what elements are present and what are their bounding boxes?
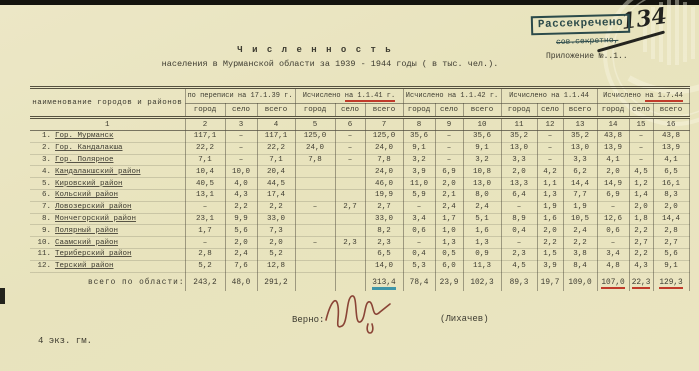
value-cell: 0,4 [403, 248, 435, 260]
table-row: 5.Кировский район40,54,044,546,011,02,01… [30, 178, 689, 190]
row-name-cell: 11.Териберский район [30, 248, 185, 260]
value-cell [295, 178, 335, 190]
value-cell: 7,7 [563, 189, 597, 201]
totals-cell: 243,2 [185, 272, 225, 291]
value-cell: 1,3 [537, 189, 563, 201]
table-row: 6.Кольский район13,14,317,419,95,92,18,0… [30, 189, 689, 201]
row-name-cell: 7.Ловозерский район [30, 201, 185, 213]
value-cell: 1,3 [463, 237, 501, 249]
value-cell: 24,0 [365, 142, 403, 154]
value-cell: – [295, 201, 335, 213]
table-row: 9.Полярный район1,75,67,38,20,61,01,60,4… [30, 225, 689, 237]
column-subheader: город [295, 104, 335, 118]
value-cell: 2,3 [335, 237, 365, 249]
value-cell: 8,9 [501, 213, 537, 225]
row-name-cell: 12.Терский район [30, 260, 185, 272]
column-number: 10 [463, 118, 501, 131]
column-number: 14 [597, 118, 629, 131]
value-cell: 6,2 [563, 166, 597, 178]
column-number: 4 [257, 118, 295, 131]
value-cell: 5,3 [403, 260, 435, 272]
totals-cell: 78,4 [403, 272, 435, 291]
value-cell: 11,3 [463, 260, 501, 272]
column-group-header: по переписи на 17.1.39 г. [185, 88, 295, 104]
value-cell: – [629, 154, 653, 166]
value-cell: 2,3 [365, 237, 403, 249]
value-cell: 10,4 [185, 166, 225, 178]
value-cell: 2,0 [501, 166, 537, 178]
value-cell [335, 225, 365, 237]
row-name-cell: 3.Гор. Полярное [30, 154, 185, 166]
value-cell: 43,8 [597, 131, 629, 143]
value-cell: 3,3 [563, 154, 597, 166]
scan-edge-mark [0, 288, 5, 304]
table-row: 10.Саамский район–2,02,0–2,32,3–1,31,3–2… [30, 237, 689, 249]
value-cell: 7,6 [225, 260, 257, 272]
value-cell: 2,0 [653, 201, 689, 213]
value-cell: 8,3 [653, 189, 689, 201]
table-row: 12.Терский район5,27,612,814,05,36,011,3… [30, 260, 689, 272]
value-cell: 4,2 [537, 166, 563, 178]
value-cell: 13,9 [597, 142, 629, 154]
value-cell: 117,1 [257, 131, 295, 143]
value-cell: 6,9 [435, 166, 463, 178]
value-cell: 6,9 [597, 189, 629, 201]
row-name-cell: 4.Кандалакшский район [30, 166, 185, 178]
value-cell: 1,9 [537, 201, 563, 213]
value-cell: 2,3 [501, 248, 537, 260]
column-group-header: Исчислено на 1.1.41 г. [295, 88, 403, 104]
row-name-cell: 9.Полярный район [30, 225, 185, 237]
column-subheader: город [185, 104, 225, 118]
totals-label: всего по области: [30, 272, 185, 291]
row-name-cell: 2.Гор. Кандалакша [30, 142, 185, 154]
value-cell: 0,6 [597, 225, 629, 237]
value-cell: 9,9 [225, 213, 257, 225]
value-cell: 2,7 [365, 201, 403, 213]
value-cell: 10,8 [463, 166, 501, 178]
totals-cell: 107,0 [597, 272, 629, 291]
value-cell: 2,7 [653, 237, 689, 249]
value-cell: 2,0 [435, 178, 463, 190]
value-cell: – [629, 142, 653, 154]
table-row: 8.Мончегорский район23,19,933,033,03,41,… [30, 213, 689, 225]
value-cell: 5,2 [257, 248, 295, 260]
value-cell: 2,4 [225, 248, 257, 260]
value-cell: 1,9 [563, 201, 597, 213]
column-number: 16 [653, 118, 689, 131]
value-cell: 9,1 [463, 142, 501, 154]
totals-cell: 129,3 [653, 272, 689, 291]
value-cell: 33,0 [365, 213, 403, 225]
value-cell: 2,2 [629, 225, 653, 237]
value-cell [295, 260, 335, 272]
value-cell [335, 178, 365, 190]
column-number: 12 [537, 118, 563, 131]
value-cell: 10,0 [225, 166, 257, 178]
table-row: 11.Териберский район2,82,45,26,50,40,50,… [30, 248, 689, 260]
value-cell: 2,2 [563, 237, 597, 249]
value-cell: 4,1 [597, 154, 629, 166]
value-cell: – [435, 131, 463, 143]
attachment-number-label: Приложение №..1.. [546, 52, 628, 61]
value-cell: 3,2 [403, 154, 435, 166]
value-cell: 16,1 [653, 178, 689, 190]
value-cell: 9,1 [403, 142, 435, 154]
value-cell: 7,1 [185, 154, 225, 166]
value-cell: 1,7 [435, 213, 463, 225]
declassified-stamp: Рассекречено [531, 14, 631, 36]
document-page: 134 Рассекречено сов.секретно, Приложени… [0, 0, 699, 371]
value-cell: – [295, 237, 335, 249]
column-group-header: Исчислено на 1.1.42 г. [403, 88, 501, 104]
value-cell: 33,0 [257, 213, 295, 225]
value-cell: 1,4 [629, 189, 653, 201]
value-cell: 6,5 [365, 248, 403, 260]
value-cell: 3,8 [563, 248, 597, 260]
value-cell: 5,2 [185, 260, 225, 272]
column-subheader: город [501, 104, 537, 118]
column-subheader: всего [563, 104, 597, 118]
value-cell: 2,2 [629, 248, 653, 260]
value-cell: – [185, 201, 225, 213]
column-number: 11 [501, 118, 537, 131]
value-cell: 1,0 [435, 225, 463, 237]
value-cell: 5,1 [463, 213, 501, 225]
population-table: наименование городов и районовпо перепис… [30, 86, 690, 291]
value-cell: 2,0 [629, 201, 653, 213]
value-cell: 35,6 [403, 131, 435, 143]
value-cell: 1,2 [629, 178, 653, 190]
value-cell: 35,2 [501, 131, 537, 143]
document-subtitle: населения в Мурманской области за 1939 -… [110, 59, 550, 69]
value-cell: 125,0 [365, 131, 403, 143]
value-cell: – [435, 154, 463, 166]
value-cell: 0,9 [463, 248, 501, 260]
value-cell: 13,0 [501, 142, 537, 154]
value-cell: 4,8 [597, 260, 629, 272]
value-cell: 2,8 [653, 225, 689, 237]
value-cell: 125,0 [295, 131, 335, 143]
column-subheader: город [403, 104, 435, 118]
value-cell: 2,8 [185, 248, 225, 260]
value-cell: 1,1 [537, 178, 563, 190]
value-cell: 20,4 [257, 166, 295, 178]
totals-cell: 291,2 [257, 272, 295, 291]
value-cell: 35,6 [463, 131, 501, 143]
column-number: 3 [225, 118, 257, 131]
value-cell: 8,4 [563, 260, 597, 272]
value-cell [335, 166, 365, 178]
value-cell: 7,3 [257, 225, 295, 237]
column-number: 9 [435, 118, 463, 131]
value-cell: – [225, 131, 257, 143]
value-cell [295, 189, 335, 201]
value-cell: 3,3 [501, 154, 537, 166]
value-cell: 6,5 [653, 166, 689, 178]
value-cell: 0,5 [435, 248, 463, 260]
value-cell: 24,0 [295, 142, 335, 154]
value-cell: 14,4 [563, 178, 597, 190]
row-name-cell: 5.Кировский район [30, 178, 185, 190]
value-cell [335, 248, 365, 260]
value-cell: – [501, 237, 537, 249]
column-group-header: Исчислено на 1.1.44 [501, 88, 597, 104]
value-cell: 3,9 [537, 260, 563, 272]
value-cell: 2,0 [225, 237, 257, 249]
value-cell: 5,9 [403, 189, 435, 201]
value-cell: 14,9 [597, 178, 629, 190]
value-cell: 2,2 [537, 237, 563, 249]
value-cell [295, 248, 335, 260]
signature-scribble-icon [322, 286, 400, 338]
column-subheader: всего [365, 104, 403, 118]
scan-edge-strip [0, 0, 699, 5]
table-row: 4.Кандалакшский район10,410,020,424,03,9… [30, 166, 689, 178]
column-number: 1 [30, 118, 185, 131]
table-row: 1.Гор. Мурманск117,1–117,1125,0–125,035,… [30, 131, 689, 143]
totals-cell: 19,7 [537, 272, 563, 291]
column-subheader: село [435, 104, 463, 118]
value-cell: 3,9 [403, 166, 435, 178]
value-cell: 19,9 [365, 189, 403, 201]
copies-note: 4 экз. гм. [38, 336, 92, 346]
row-name-cell: 10.Саамский район [30, 237, 185, 249]
column-subheader: село [537, 104, 563, 118]
value-cell [295, 225, 335, 237]
value-cell [295, 213, 335, 225]
column-subheader: всего [653, 104, 689, 118]
value-cell: 2,1 [435, 189, 463, 201]
column-subheader: село [335, 104, 365, 118]
value-cell: 3,2 [463, 154, 501, 166]
value-cell: 13,1 [185, 189, 225, 201]
value-cell: 11,0 [403, 178, 435, 190]
value-cell: 40,5 [185, 178, 225, 190]
totals-cell: 89,3 [501, 272, 537, 291]
value-cell: – [435, 142, 463, 154]
value-cell: 24,0 [365, 166, 403, 178]
value-cell: 13,9 [653, 142, 689, 154]
value-cell: 2,4 [463, 201, 501, 213]
value-cell: 35,2 [563, 131, 597, 143]
totals-cell: 109,0 [563, 272, 597, 291]
value-cell: – [597, 201, 629, 213]
value-cell: 13,3 [501, 178, 537, 190]
value-cell: 8,2 [365, 225, 403, 237]
value-cell: 6,4 [501, 189, 537, 201]
value-cell: 4,3 [225, 189, 257, 201]
column-group-header: Исчислено на 1.7.44 [597, 88, 689, 104]
column-subheader: село [629, 104, 653, 118]
value-cell: 2,4 [435, 201, 463, 213]
value-cell: – [537, 131, 563, 143]
certified-label: Верно: [292, 315, 324, 325]
value-cell: – [537, 142, 563, 154]
totals-cell: 102,3 [463, 272, 501, 291]
value-cell: 1,5 [537, 248, 563, 260]
value-cell: 2,0 [537, 225, 563, 237]
value-cell: 13,0 [463, 178, 501, 190]
value-cell: 12,8 [257, 260, 295, 272]
table-row: 7.Ловозерский район–2,22,2–2,72,7–2,42,4… [30, 201, 689, 213]
value-cell: 12,6 [597, 213, 629, 225]
value-cell: 4,3 [629, 260, 653, 272]
value-cell: 17,4 [257, 189, 295, 201]
value-cell [335, 189, 365, 201]
value-cell: 46,0 [365, 178, 403, 190]
value-cell: 9,1 [653, 260, 689, 272]
value-cell: – [225, 142, 257, 154]
value-cell: 2,7 [335, 201, 365, 213]
totals-cell: 48,0 [225, 272, 257, 291]
document-title: Ч и с л е н н о с т ь [190, 45, 440, 55]
row-name-cell: 8.Мончегорский район [30, 213, 185, 225]
value-cell: 10,5 [563, 213, 597, 225]
value-cell [335, 260, 365, 272]
value-cell: 0,6 [403, 225, 435, 237]
value-cell: 7,8 [295, 154, 335, 166]
value-cell [335, 213, 365, 225]
value-cell: 5,6 [653, 248, 689, 260]
value-cell: 7,1 [257, 154, 295, 166]
value-cell: 3,4 [597, 248, 629, 260]
value-cell: 1,7 [185, 225, 225, 237]
column-number: 5 [295, 118, 335, 131]
value-cell: 13,0 [563, 142, 597, 154]
value-cell: – [185, 237, 225, 249]
value-cell: 0,4 [501, 225, 537, 237]
value-cell: 1,6 [537, 213, 563, 225]
value-cell: 43,8 [653, 131, 689, 143]
value-cell: 4,5 [629, 166, 653, 178]
column-number: 6 [335, 118, 365, 131]
row-name-cell: 1.Гор. Мурманск [30, 131, 185, 143]
value-cell: 23,1 [185, 213, 225, 225]
table-row: 3.Гор. Полярное7,1–7,17,8–7,83,2–3,23,3–… [30, 154, 689, 166]
column-subheader: всего [463, 104, 501, 118]
value-cell: – [537, 154, 563, 166]
totals-cell: 23,9 [435, 272, 463, 291]
column-subheader: село [225, 104, 257, 118]
value-cell: 1,3 [435, 237, 463, 249]
totals-cell: 22,3 [629, 272, 653, 291]
column-number: 15 [629, 118, 653, 131]
value-cell: 2,0 [257, 237, 295, 249]
value-cell: 4,5 [501, 260, 537, 272]
column-number: 13 [563, 118, 597, 131]
value-cell: – [335, 154, 365, 166]
value-cell: 4,1 [653, 154, 689, 166]
value-cell: 22,2 [257, 142, 295, 154]
value-cell [295, 166, 335, 178]
column-header-name: наименование городов и районов [30, 88, 185, 118]
signer-name: (Лихачев) [440, 314, 489, 324]
value-cell: 44,5 [257, 178, 295, 190]
value-cell: 8,0 [463, 189, 501, 201]
value-cell: 1,6 [463, 225, 501, 237]
column-subheader: всего [257, 104, 295, 118]
column-subheader: город [597, 104, 629, 118]
column-number: 7 [365, 118, 403, 131]
value-cell: 7,8 [365, 154, 403, 166]
table-row: 2.Гор. Кандалакша22,2–22,224,0–24,09,1–9… [30, 142, 689, 154]
column-number: 2 [185, 118, 225, 131]
row-name-cell: 6.Кольский район [30, 189, 185, 201]
value-cell: 117,1 [185, 131, 225, 143]
value-cell: – [403, 201, 435, 213]
value-cell: 2,2 [257, 201, 295, 213]
value-cell: 14,0 [365, 260, 403, 272]
value-cell: 3,4 [403, 213, 435, 225]
column-number: 8 [403, 118, 435, 131]
value-cell: – [629, 131, 653, 143]
value-cell: – [335, 142, 365, 154]
value-cell: 2,0 [597, 166, 629, 178]
value-cell: 22,2 [185, 142, 225, 154]
value-cell: 5,6 [225, 225, 257, 237]
value-cell: 1,8 [629, 213, 653, 225]
value-cell: 14,4 [653, 213, 689, 225]
value-cell: 2,4 [563, 225, 597, 237]
value-cell: – [335, 131, 365, 143]
value-cell: 6,0 [435, 260, 463, 272]
value-cell: – [501, 201, 537, 213]
value-cell: – [225, 154, 257, 166]
value-cell: 4,0 [225, 178, 257, 190]
value-cell: – [403, 237, 435, 249]
value-cell: 2,2 [225, 201, 257, 213]
value-cell: 2,7 [629, 237, 653, 249]
value-cell: – [597, 237, 629, 249]
